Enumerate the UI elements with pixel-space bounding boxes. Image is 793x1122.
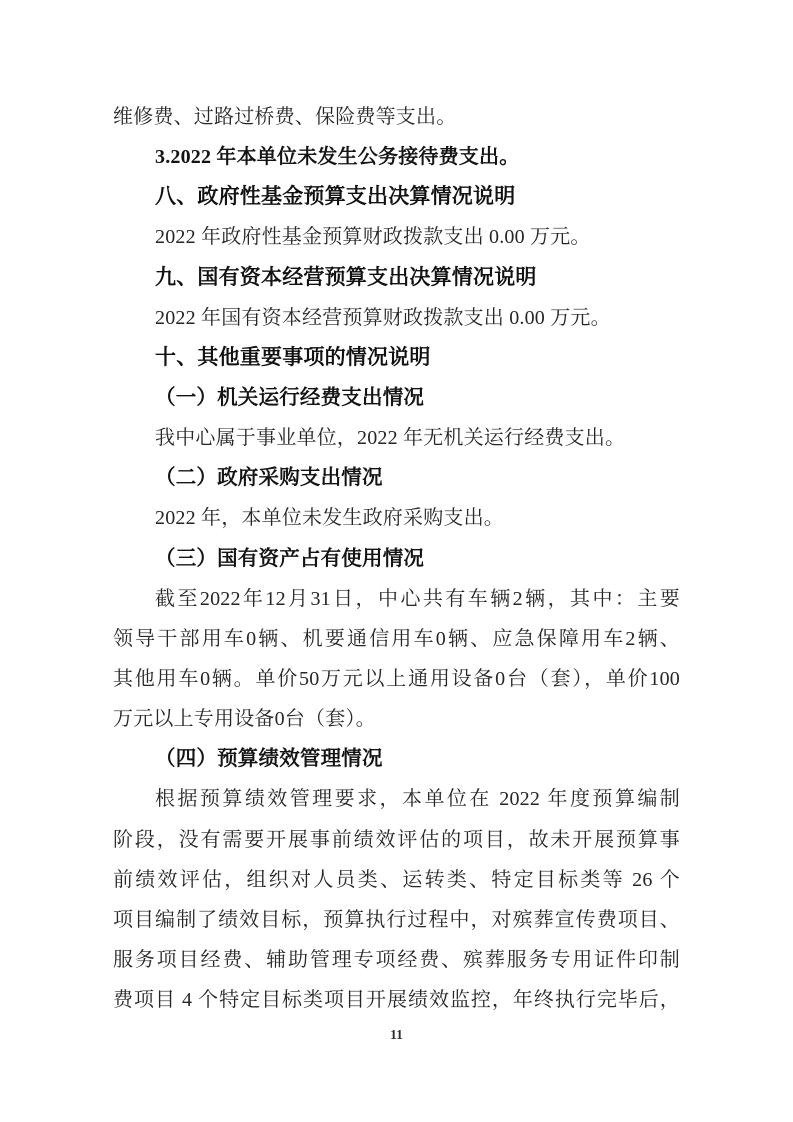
section-heading-viii: 八、政府性基金预算支出决算情况说明 [113, 177, 680, 217]
section-heading-ix: 九、国有资本经营预算支出决算情况说明 [113, 258, 680, 298]
subsection-heading-3: （三）国有资产占有使用情况 [113, 539, 680, 579]
paragraph-line: 项目编制了绩效目标，预算执行过程中，对殡葬宣传费项目、 [113, 900, 680, 940]
paragraph-line: 费项目 4 个特定目标类项目开展绩效监控，年终执行完毕后， [113, 980, 680, 1020]
paragraph-line: 领导干部用车0辆、机要通信用车0辆、应急保障用车2辆、 [113, 619, 680, 659]
paragraph-line: 2022 年国有资本经营预算财政拨款支出 0.00 万元。 [113, 298, 680, 338]
paragraph-line: 其他用车0辆。单价50万元以上通用设备0台（套），单价100 [113, 659, 680, 699]
paragraph-line: 截至2022年12月31日，中心共有车辆2辆，其中：主要 [113, 579, 680, 619]
paragraph-line: 我中心属于事业单位，2022 年无机关运行经费支出。 [113, 418, 680, 458]
section-heading-x: 十、其他重要事项的情况说明 [113, 338, 680, 378]
paragraph-line: 前绩效评估，组织对人员类、运转类、特定目标类等 26 个 [113, 860, 680, 900]
paragraph-line: 根据预算绩效管理要求，本单位在 2022 年度预算编制 [113, 779, 680, 819]
paragraph-line: 万元以上专用设备0台（套）。 [113, 699, 680, 739]
numbered-item-3: 3.2022 年本单位未发生公务接待费支出。 [113, 137, 680, 177]
page-number: 11 [0, 1026, 793, 1044]
subsection-heading-1: （一）机关运行经费支出情况 [113, 378, 680, 418]
paragraph-line: 2022 年政府性基金预算财政拨款支出 0.00 万元。 [113, 217, 680, 257]
document-page: 维修费、过路过桥费、保险费等支出。 3.2022 年本单位未发生公务接待费支出。… [0, 0, 793, 1122]
paragraph-line: 阶段，没有需要开展事前绩效评估的项目，故未开展预算事 [113, 820, 680, 860]
document-body: 维修费、过路过桥费、保险费等支出。 3.2022 年本单位未发生公务接待费支出。… [113, 97, 680, 1020]
subsection-heading-2: （二）政府采购支出情况 [113, 458, 680, 498]
paragraph-line: 服务项目经费、辅助管理专项经费、殡葬服务专用证件印制 [113, 940, 680, 980]
subsection-heading-4: （四）预算绩效管理情况 [113, 739, 680, 779]
paragraph-continuation-line: 维修费、过路过桥费、保险费等支出。 [113, 97, 680, 137]
paragraph-line: 2022 年，本单位未发生政府采购支出。 [113, 498, 680, 538]
